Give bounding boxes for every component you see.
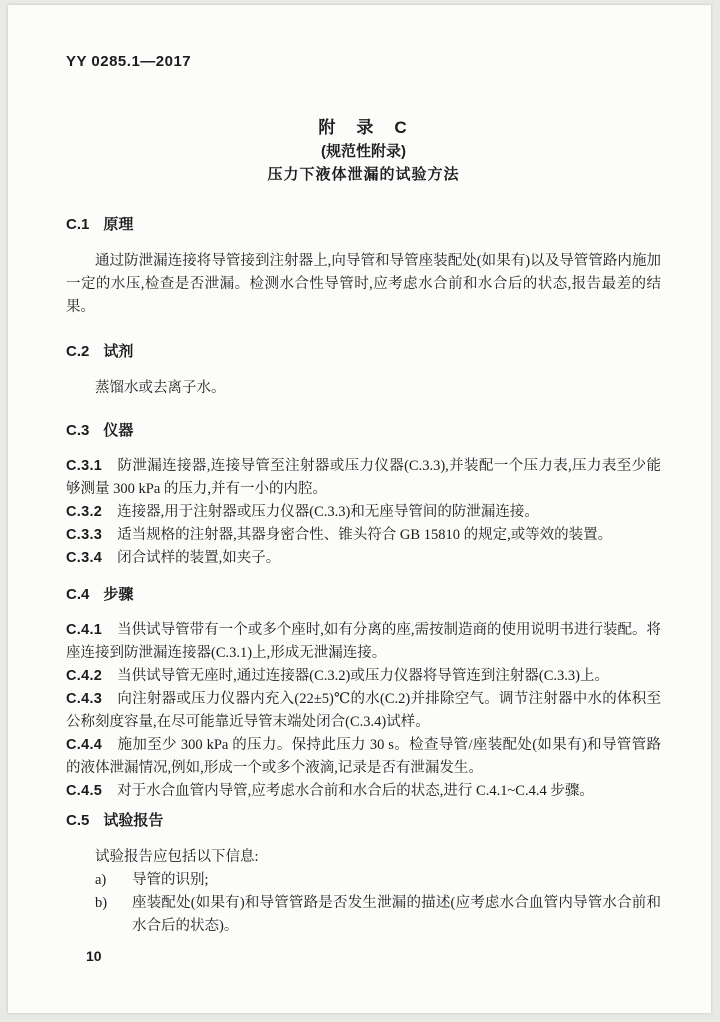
section-number: C.3 [66,422,89,439]
report-info-list: a) 导管的识别; b) 座装配处(如果有)和导管管路是否发生泄漏的描述(应考虑… [66,869,661,938]
section-title: 试剂 [103,343,133,360]
clause-c3-3: C.3.3适当规格的注射器,其器身密合性、锥头符合 GB 15810 的规定,或… [66,524,661,547]
clause-c4-1: C.4.1当供试导管带有一个或多个座时,如有分离的座,需按制造商的使用说明书进行… [66,619,661,665]
clause-text: 对于水合血管内导管,应考虑水合前和水合后的状态,进行 C.4.1~C.4.4 步… [117,783,594,799]
section-c2-paragraph: 蒸馏水或去离子水。 [66,377,661,400]
clause-number: C.4.5 [66,783,102,799]
appendix-method-title: 压力下液体泄漏的试验方法 [66,165,661,185]
section-title: 试验报告 [103,812,163,829]
clause-number: C.4.2 [66,668,102,684]
section-c4-clauses: C.4.1当供试导管带有一个或多个座时,如有分离的座,需按制造商的使用说明书进行… [66,619,661,803]
clause-text: 闭合试样的装置,如夹子。 [117,550,280,566]
list-marker: b) [95,892,132,938]
clause-text: 适当规格的注射器,其器身密合性、锥头符合 GB 15810 的规定,或等效的装置… [117,527,612,543]
section-title: 原理 [103,216,133,233]
clause-text: 当供试导管带有一个或多个座时,如有分离的座,需按制造商的使用说明书进行装配。将座… [66,622,661,661]
appendix-subtitle: (规范性附录) [66,142,661,162]
section-heading-c1: C.1原理 [66,216,661,234]
section-c1-paragraph: 通过防泄漏连接将导管接到注射器上,向导管和导管座装配处(如果有)以及导管管路内施… [66,250,661,319]
clause-text: 防泄漏连接器,连接导管至注射器或压力仪器(C.3.3),并装配一个压力表,压力表… [66,458,661,497]
list-item-b: b) 座装配处(如果有)和导管管路是否发生泄漏的描述(应考虑水合血管内导管水合前… [95,892,661,938]
clause-text: 当供试导管无座时,通过连接器(C.3.2)或压力仪器将导管连到注射器(C.3.3… [117,668,609,684]
clause-number: C.3.2 [66,504,102,520]
clause-number: C.3.4 [66,550,102,566]
standard-number: YY 0285.1—2017 [66,53,661,70]
clause-number: C.3.3 [66,527,102,543]
clause-c4-4: C.4.4施加至少 300 kPa 的压力。保持此压力 30 s。检查导管/座装… [66,734,661,780]
clause-c4-3: C.4.3向注射器或压力仪器内充入(22±5)℃的水(C.2)并排除空气。调节注… [66,688,661,734]
clause-number: C.4.3 [66,691,102,707]
section-title: 仪器 [103,422,133,439]
section-heading-c2: C.2试剂 [66,343,661,361]
appendix-title-block: 附 录 C (规范性附录) 压力下液体泄漏的试验方法 [66,118,661,185]
clause-number: C.4.1 [66,622,102,638]
section-number: C.1 [66,216,89,233]
section-heading-c4: C.4步骤 [66,586,661,604]
list-text: 导管的识别; [132,869,661,892]
section-c5-intro: 试验报告应包括以下信息: [66,846,661,869]
list-item-a: a) 导管的识别; [95,869,661,892]
clause-c3-1: C.3.1防泄漏连接器,连接导管至注射器或压力仪器(C.3.3),并装配一个压力… [66,455,661,501]
clause-c3-2: C.3.2连接器,用于注射器或压力仪器(C.3.3)和无座导管间的防泄漏连接。 [66,501,661,524]
list-marker: a) [95,869,132,892]
section-heading-c3: C.3仪器 [66,422,661,440]
clause-c3-4: C.3.4闭合试样的装置,如夹子。 [66,547,661,570]
section-number: C.4 [66,586,89,603]
clause-c4-5: C.4.5对于水合血管内导管,应考虑水合前和水合后的状态,进行 C.4.1~C.… [66,780,661,803]
clause-number: C.4.4 [66,737,102,753]
clause-text: 向注射器或压力仪器内充入(22±5)℃的水(C.2)并排除空气。调节注射器中水的… [66,691,661,730]
section-c3-clauses: C.3.1防泄漏连接器,连接导管至注射器或压力仪器(C.3.3),并装配一个压力… [66,455,661,570]
page-number: 10 [86,948,102,964]
clause-text: 施加至少 300 kPa 的压力。保持此压力 30 s。检查导管/座装配处(如果… [66,737,661,776]
section-number: C.5 [66,812,89,829]
list-text: 座装配处(如果有)和导管管路是否发生泄漏的描述(应考虑水合血管内导管水合前和水合… [132,892,661,938]
section-heading-c5: C.5试验报告 [66,812,661,830]
clause-text: 连接器,用于注射器或压力仪器(C.3.3)和无座导管间的防泄漏连接。 [117,504,539,520]
section-title: 步骤 [103,586,133,603]
clause-number: C.3.1 [66,458,102,474]
section-number: C.2 [66,343,89,360]
clause-c4-2: C.4.2当供试导管无座时,通过连接器(C.3.2)或压力仪器将导管连到注射器(… [66,665,661,688]
appendix-title: 附 录 C [66,118,661,138]
document-page: YY 0285.1—2017 附 录 C (规范性附录) 压力下液体泄漏的试验方… [8,5,711,1013]
page-content: YY 0285.1—2017 附 录 C (规范性附录) 压力下液体泄漏的试验方… [8,5,711,938]
